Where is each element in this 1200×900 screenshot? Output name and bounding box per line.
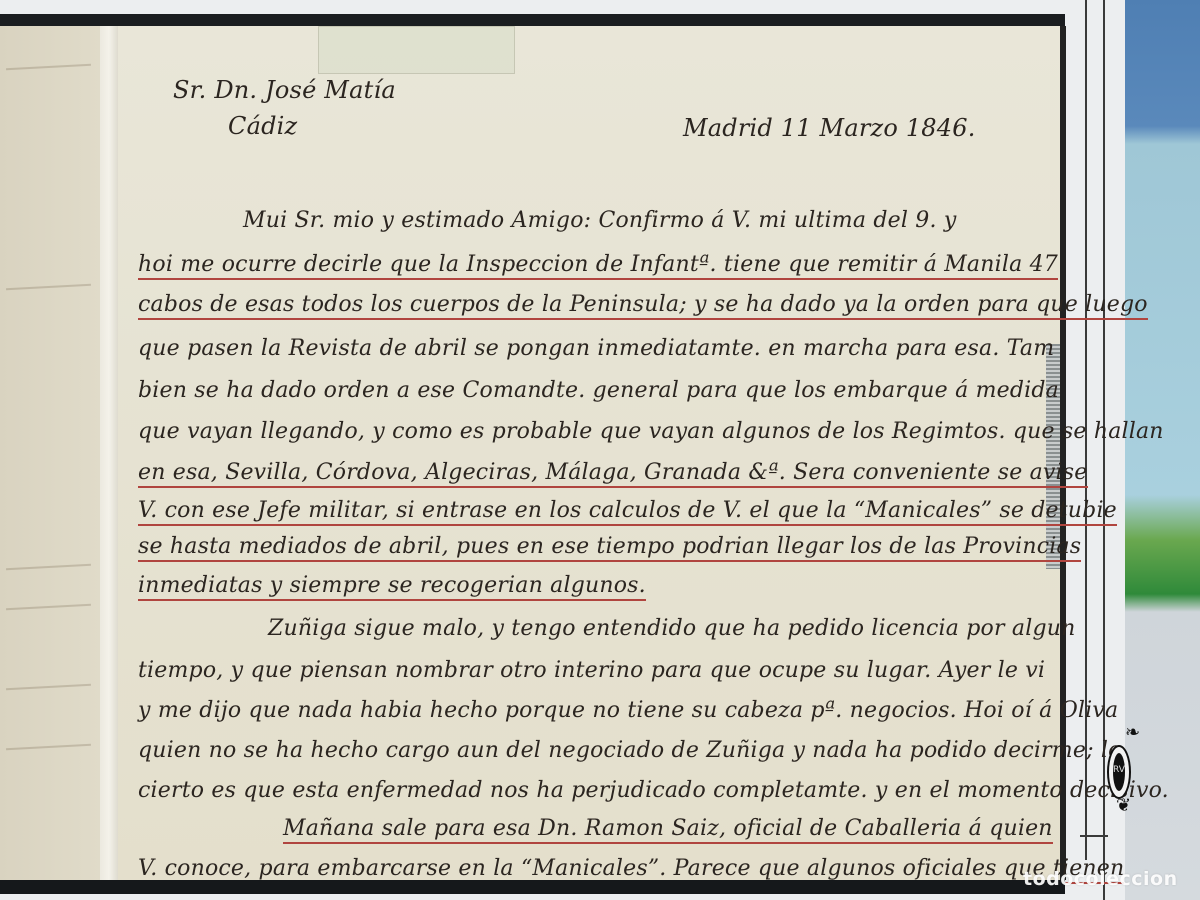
monogram-text: RV	[1113, 765, 1125, 775]
letter-line: que vayan llegando, y como es probable q…	[138, 419, 1164, 444]
ornament-curl-icon: ❧	[1125, 722, 1140, 743]
letter-line-underlined: inmediatas y siempre se recogerian algun…	[138, 573, 646, 601]
album-monogram-ornament-icon: RV	[1107, 745, 1131, 799]
page-fold	[100, 26, 118, 880]
recipient-line: Sr. Dn. José Matía	[173, 76, 396, 104]
letter-line: y me dijo que nada habia hecho porque no…	[138, 698, 1118, 723]
letter-line-underlined: Mañana sale para esa Dn. Ramon Saiz, ofi…	[283, 816, 1053, 844]
letter-line: Mui Sr. mio y estimado Amigo: Confirmo á…	[243, 208, 957, 233]
letter-line-underlined: se hasta mediados de abril, pues en ese …	[138, 534, 1081, 562]
faded-text	[6, 284, 91, 290]
letter-line: Zuñiga sigue malo, y tengo entendido que…	[268, 616, 1075, 641]
watermark: todocoleccion	[1023, 868, 1178, 890]
hinge-tape	[318, 26, 515, 74]
album-border-line	[1080, 835, 1108, 837]
letter-line: tiempo, y que piensan nombrar otro inter…	[138, 658, 1045, 683]
letter-line-underlined: en esa, Sevilla, Córdova, Algeciras, Mál…	[138, 460, 1088, 488]
recipient-city: Cádiz	[228, 112, 297, 140]
ornament-leaf-icon: ❦	[1116, 795, 1131, 816]
album-border-line	[1103, 0, 1105, 900]
dateline: Madrid 11 Marzo 1846.	[683, 114, 976, 142]
letter-line-underlined: V. con ese Jefe militar, si entrase en l…	[138, 498, 1117, 526]
letter-line: quien no se ha hecho cargo aun del negoc…	[138, 738, 1122, 763]
sleeve-bottom-edge	[0, 880, 1065, 894]
faded-text	[6, 564, 91, 570]
letter-line: que pasen la Revista de abril se pongan …	[138, 336, 1054, 361]
letter-line: cierto es que esta enfermedad nos ha per…	[138, 778, 1169, 803]
album-page: Sr. Dn. José Matía Cádiz Madrid 11 Marzo…	[0, 0, 1125, 900]
faded-text	[6, 604, 91, 610]
letter-left-page	[0, 26, 100, 880]
faded-text	[6, 684, 91, 690]
sleeve-top-edge	[0, 14, 1065, 26]
letter-line-underlined: hoi me ocurre decirle que la Inspeccion …	[138, 252, 1058, 280]
letter-line-underlined: cabos de esas todos los cuerpos de la Pe…	[138, 292, 1148, 320]
letter-sheet: Sr. Dn. José Matía Cádiz Madrid 11 Marzo…	[118, 26, 1060, 880]
letter-line: bien se ha dado orden a ese Comandte. ge…	[138, 378, 1059, 403]
faded-text	[6, 744, 91, 750]
faded-text	[6, 64, 91, 70]
